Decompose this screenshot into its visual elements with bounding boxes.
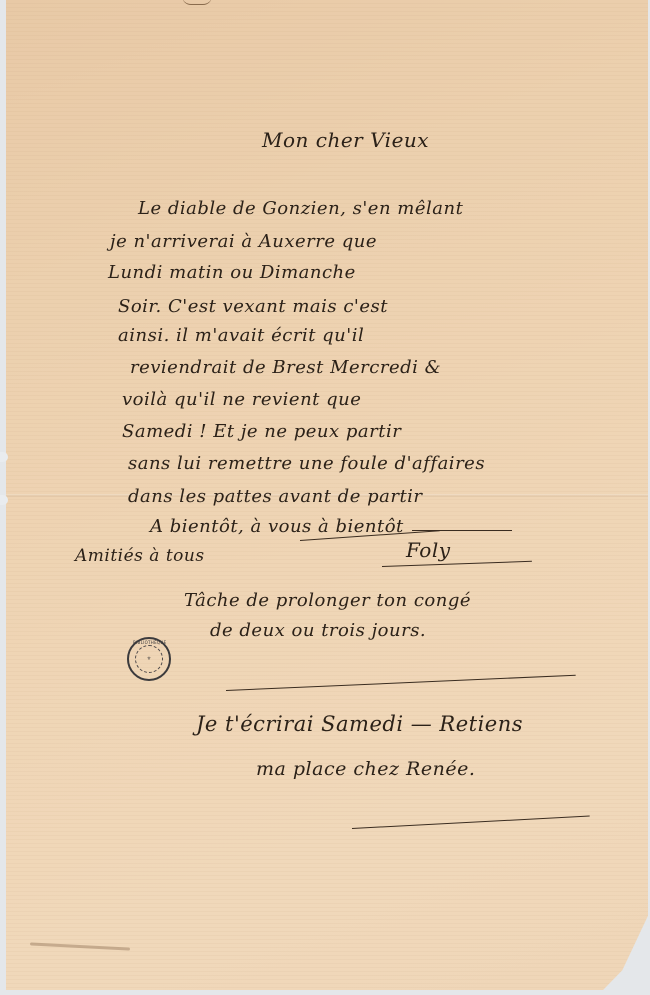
flourish-line (412, 530, 512, 531)
second-postscript-line: Je t'écrirai Samedi — Retiens (196, 712, 523, 736)
body-line: Lundi matin ou Dimanche (108, 262, 356, 283)
body-line: Soir. C'est vexant mais c'est (118, 296, 388, 317)
signature: Foly (406, 538, 451, 562)
second-postscript-line: ma place chez Renée. (256, 758, 475, 780)
salutation: Mon cher Vieux (262, 128, 429, 152)
postscript-line: de deux ou trois jours. (210, 620, 426, 641)
stamp-ring-text: BIBLIOTHÈQUE (133, 640, 165, 645)
closing: Amitiés à tous (75, 546, 205, 566)
fleur-de-lis-icon: ⚜ (135, 645, 163, 673)
body-line: reviendrait de Brest Mercredi & (130, 357, 441, 378)
body-line: A bientôt, à vous à bientôt (150, 516, 404, 537)
library-stamp: BIBLIOTHÈQUE ⚜ (127, 637, 171, 681)
body-line: dans les pattes avant de partir (128, 486, 423, 507)
scanned-page: Mon cher Vieux Le diable de Gonzien, s'e… (0, 0, 650, 995)
body-line: je n'arriverai à Auxerre que (110, 231, 377, 252)
body-line: sans lui remettre une foule d'affaires (128, 453, 485, 474)
body-line: ainsi. il m'avait écrit qu'il (118, 325, 364, 346)
body-line: Le diable de Gonzien, s'en mêlant (138, 198, 463, 219)
body-line: Samedi ! Et je ne peux partir (122, 421, 401, 442)
postscript-line: Tâche de prolonger ton congé (184, 590, 471, 611)
body-line: voilà qu'il ne revient que (122, 389, 361, 410)
